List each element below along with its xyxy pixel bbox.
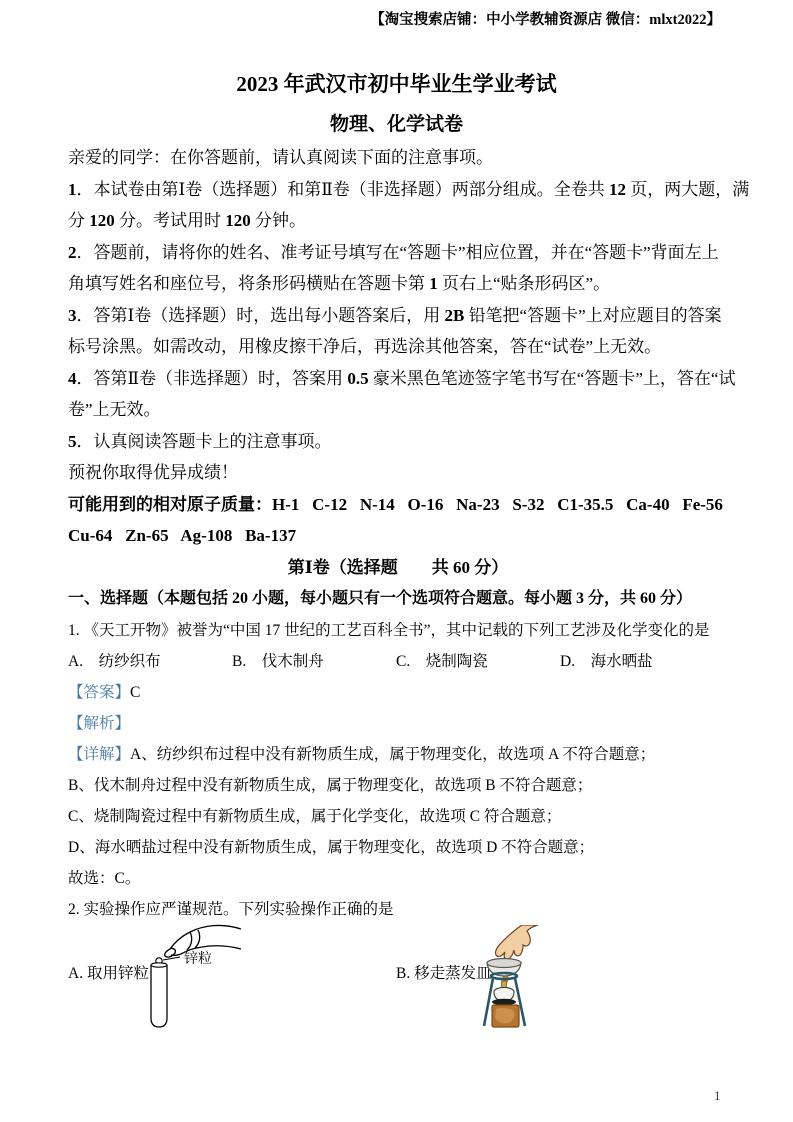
question-1-option-d: D. 海水晒盐 [560,646,653,677]
question-1-option-a: A. 纺纱织布 [68,646,161,677]
notice-line: 可能用到的相对原子质量：H-1 C-12 N-14 O-16 Na-23 S-3… [68,489,728,521]
notice-section: 亲爱的同学：在你答题前，请认真阅读下面的注意事项。1．本试卷由第Ⅰ卷（选择题）和… [68,142,728,552]
notice-line: 2．答题前，请将你的姓名、准考证号填写在“答题卡”相应位置，并在“答题卡”背面左… [68,237,728,269]
part1-heading: 一、选择题（本题包括 20 小题，每小题只有一个选项符合题意。每小题 3 分，共… [68,583,728,615]
notice-line: 亲爱的同学：在你答题前，请认真阅读下面的注意事项。 [68,142,728,174]
notice-line: 4．答第Ⅱ卷（非选择题）时，答案用 0.5 豪米黑色笔迹签字笔书写在“答题卡”上… [68,363,728,395]
notice-line: 预祝你取得优异成绩！ [68,457,728,489]
evaporating-dish-rim [487,958,521,967]
question-2-option-a-label: A. 取用锌粒 [68,964,149,984]
detail-line-1: 【详解】A、纺纱织布过程中没有新物质生成，属于物理变化，故选项 A 不符合题意； [68,739,728,770]
test-tube-mouth [151,962,167,966]
question-2: 2. 实验操作应严谨规范。下列实验操作正确的是 A. 取用锌粒 锌粒 [68,894,728,1045]
detail-line-2: B、伐木制舟过程中没有新物质生成，属于物理变化，故选项 B 不符合题意； [68,770,728,801]
notice-line: 角填写姓名和座位号，将条形码横贴在答题卡第 1 页右上“贴条形码区”。 [68,268,728,300]
notice-line: Cu-64 Zn-65 Ag-108 Ba-137 [68,520,728,552]
answer-value: C [130,684,140,701]
exam-subtitle: 物理、化学试卷 [0,109,793,136]
zinc-granule-figure: 锌粒 [138,919,243,1031]
answer-line: 【答案】C [68,677,728,708]
evaporating-dish-figure [476,925,556,1030]
notice-line: 1．本试卷由第Ⅰ卷（选择题）和第Ⅱ卷（非选择题）两部分组成。全卷共 12 页，两… [68,174,728,206]
zinc-granule-label: 锌粒 [184,950,212,967]
question-1-stem: 1. 《天工开物》被誉为“中国 17 世纪的工艺百科全书”，其中记载的下列工艺涉… [68,615,728,646]
notice-line: 分 120 分。考试用时 120 分钟。 [68,205,728,237]
section1-title: 第Ⅰ卷（选择题 共 60 分） [68,552,728,584]
notice-line: 标号涂黑。如需改动，用橡皮擦干净后，再选涂其他答案，答在“试卷”上无效。 [68,331,728,363]
answer-label: 【答案】 [68,684,130,701]
store-watermark: 【淘宝搜索店铺：中小学教辅资源店 微信：mlxt2022】 [370,8,721,29]
notice-line: 3．答第Ⅰ卷（选择题）时，选出每小题答案后，用 2B 铅笔把“答题卡”上对应题目… [68,300,728,332]
question-1-option-b: B. 伐木制舟 [232,646,324,677]
page-content: 亲爱的同学：在你答题前，请认真阅读下面的注意事项。1．本试卷由第Ⅰ卷（选择题）和… [68,142,728,1045]
question-1-options: A. 纺纱织布 B. 伐木制舟 C. 烧制陶瓷 D. 海水晒盐 [68,646,728,677]
analysis-line: 【解析】 [68,708,728,739]
label-pointer-line [163,957,180,960]
page-number: 1 [714,1088,721,1104]
question-2-figures: A. 取用锌粒 锌粒 B. 移走蒸发 [68,925,728,1045]
wood-block [492,1005,519,1027]
detail-line-4: D、海水晒盐过程中没有新物质生成，属于物理变化，故选项 D 不符合题意； [68,832,728,863]
notice-line: 卷”上无效。 [68,394,728,426]
detail-label: 【详解】 [68,746,130,763]
detail-line-3: C、烧制陶瓷过程中有新物质生成，属于化学变化，故选项 C 符合题意； [68,801,728,832]
question-1: 1. 《天工开物》被誉为“中国 17 世纪的工艺百科全书”，其中记载的下列工艺涉… [68,615,728,894]
alcohol-lamp [492,981,516,1005]
detail-conclusion: 故选：C。 [68,863,728,894]
hand-icon [495,925,538,959]
notice-line: 5．认真阅读答题卡上的注意事项。 [68,426,728,458]
exam-title: 2023 年武汉市初中毕业生学业考试 [0,68,793,98]
question-1-option-c: C. 烧制陶瓷 [396,646,488,677]
exam-page: 【淘宝搜索店铺：中小学教辅资源店 微信：mlxt2022】 2023 年武汉市初… [0,0,793,1122]
test-tube [151,965,167,1027]
analysis-label: 【解析】 [68,715,130,732]
